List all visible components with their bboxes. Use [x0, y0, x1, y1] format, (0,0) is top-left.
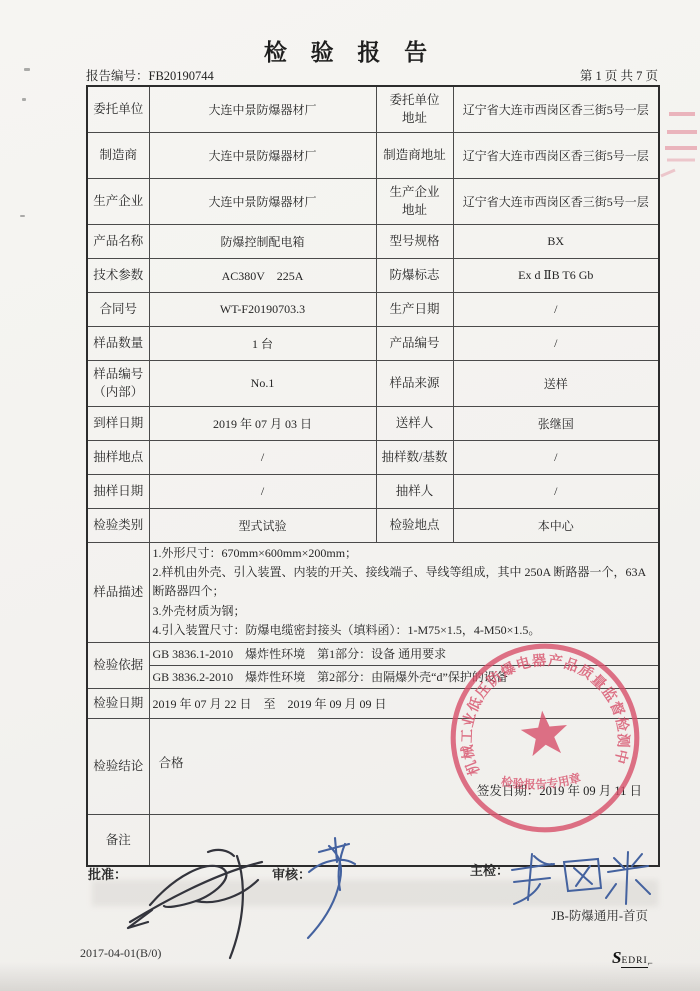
row-value: 大连中景防爆器材厂 [149, 132, 376, 178]
report-page: 检 验 报 告 报告编号：FB20190744 第 1 页 共 7 页 委托单位… [0, 0, 700, 991]
table-row: 检验类别 型式试验 检验地点 本中心 [87, 508, 659, 542]
row-label: 委托单位 地址 [376, 86, 453, 132]
row-label: 生产企业 [87, 178, 149, 224]
basis-standard-1: GB 3836.1-2010 爆炸性环境 第1部分：设备 通用要求 [149, 642, 659, 665]
row-value: 大连中景防爆器材厂 [149, 86, 376, 132]
edge-stamp-artifact [655, 96, 700, 206]
conclusion-cell: 合格 签发日期：2019 年 09 月 11 日 [149, 718, 659, 814]
conclusion-value: 合格 [159, 753, 184, 771]
row-value: 张继国 [453, 406, 659, 440]
scan-speck [24, 68, 30, 71]
inspection-basis-row: GB 3836.2-2010 爆炸性环境 第2部分：由隔爆外壳“d”保护的设备 [87, 665, 659, 688]
row-value: 本中心 [453, 508, 659, 542]
table-row: 样品编号 （内部） No.1 样品来源 送样 [87, 360, 659, 406]
row-value: 辽宁省大连市西岗区香三街5号一层 [453, 86, 659, 132]
row-value: 1 台 [149, 326, 376, 360]
table-row: 样品数量 1 台 产品编号 / [87, 326, 659, 360]
scan-shadow-artifact [0, 962, 700, 991]
table-row: 生产企业 大连中景防爆器材厂 生产企业 地址 辽宁省大连市西岗区香三街5号一层 [87, 178, 659, 224]
row-label: 送样人 [376, 406, 453, 440]
row-label: 样品描述 [87, 542, 149, 642]
row-label: 样品编号 （内部） [87, 360, 149, 406]
row-value: / [453, 474, 659, 508]
report-number-line: 报告编号：FB20190744 第 1 页 共 7 页 [86, 66, 658, 84]
inspection-date-value: 2019 年 07 月 22 日 至 2019 年 09 月 09 日 [149, 688, 659, 718]
row-label: 抽样日期 [87, 474, 149, 508]
table-row: 合同号 WT-F20190703.3 生产日期 / [87, 292, 659, 326]
table-row: 技术参数 AC380V 225A 防爆标志 Ex d ⅡB T6 Gb [87, 258, 659, 292]
report-table: 委托单位 大连中景防爆器材厂 委托单位 地址 辽宁省大连市西岗区香三街5号一层 … [86, 85, 660, 867]
row-value: / [149, 474, 376, 508]
sample-description-row: 样品描述 1.外形尺寸：670mm×600mm×200mm； 2.样机由外壳、引… [87, 542, 659, 642]
row-value: 大连中景防爆器材厂 [149, 178, 376, 224]
row-label: 委托单位 [87, 86, 149, 132]
row-value: / [453, 440, 659, 474]
row-label: 技术参数 [87, 258, 149, 292]
row-value: 型式试验 [149, 508, 376, 542]
inspection-basis-row: 检验依据 GB 3836.1-2010 爆炸性环境 第1部分：设备 通用要求 [87, 642, 659, 665]
issue-date: 签发日期：2019 年 09 月 11 日 [477, 781, 642, 799]
table-row: 到样日期 2019 年 07 月 03 日 送样人 张继国 [87, 406, 659, 440]
row-label: 制造商地址 [376, 132, 453, 178]
row-label: 抽样数/基数 [376, 440, 453, 474]
row-label: 合同号 [87, 292, 149, 326]
row-label: 检验日期 [87, 688, 149, 718]
row-value: 2019 年 07 月 03 日 [149, 406, 376, 440]
row-value: / [453, 326, 659, 360]
row-label: 检验类别 [87, 508, 149, 542]
row-label: 型号规格 [376, 224, 453, 258]
scan-speck [20, 215, 25, 217]
row-label: 生产日期 [376, 292, 453, 326]
conclusion-row: 检验结论 合格 签发日期：2019 年 09 月 11 日 [87, 718, 659, 814]
sample-description: 1.外形尺寸：670mm×600mm×200mm； 2.样机由外壳、引入装置、内… [149, 542, 659, 642]
approve-signature [118, 840, 278, 965]
row-value: / [453, 292, 659, 326]
row-value: WT-F20190703.3 [149, 292, 376, 326]
row-label: 抽样人 [376, 474, 453, 508]
scan-speck [22, 98, 26, 101]
review-signature [295, 832, 365, 942]
row-value: 辽宁省大连市西岗区香三街5号一层 [453, 132, 659, 178]
report-number-value: FB20190744 [149, 69, 214, 83]
report-number-label: 报告编号： [86, 69, 149, 83]
page-title: 检 验 报 告 [0, 34, 700, 67]
row-value: No.1 [149, 360, 376, 406]
table-row: 产品名称 防爆控制配电箱 型号规格 BX [87, 224, 659, 258]
row-label: 制造商 [87, 132, 149, 178]
row-label: 样品来源 [376, 360, 453, 406]
row-value: / [149, 440, 376, 474]
chief-signature [502, 842, 652, 912]
row-label: 到样日期 [87, 406, 149, 440]
row-label: 样品数量 [87, 326, 149, 360]
inspection-date-row: 检验日期 2019 年 07 月 22 日 至 2019 年 09 月 09 日 [87, 688, 659, 718]
row-label: 检验地点 [376, 508, 453, 542]
page-count: 第 1 页 共 7 页 [580, 66, 658, 84]
table-row: 抽样日期 / 抽样人 / [87, 474, 659, 508]
row-label: 产品编号 [376, 326, 453, 360]
row-label: 检验依据 [87, 642, 149, 688]
table-row: 制造商 大连中景防爆器材厂 制造商地址 辽宁省大连市西岗区香三街5号一层 [87, 132, 659, 178]
row-label: 产品名称 [87, 224, 149, 258]
row-value: AC380V 225A [149, 258, 376, 292]
row-label: 防爆标志 [376, 258, 453, 292]
row-value: 送样 [453, 360, 659, 406]
row-label: 生产企业 地址 [376, 178, 453, 224]
row-value: BX [453, 224, 659, 258]
row-value: Ex d ⅡB T6 Gb [453, 258, 659, 292]
row-label: 检验结论 [87, 718, 149, 814]
row-label: 抽样地点 [87, 440, 149, 474]
row-value: 辽宁省大连市西岗区香三街5号一层 [453, 178, 659, 224]
row-value: 防爆控制配电箱 [149, 224, 376, 258]
table-row: 抽样地点 / 抽样数/基数 / [87, 440, 659, 474]
basis-standard-2: GB 3836.2-2010 爆炸性环境 第2部分：由隔爆外壳“d”保护的设备 [149, 665, 659, 688]
table-row: 委托单位 大连中景防爆器材厂 委托单位 地址 辽宁省大连市西岗区香三街5号一层 [87, 86, 659, 132]
